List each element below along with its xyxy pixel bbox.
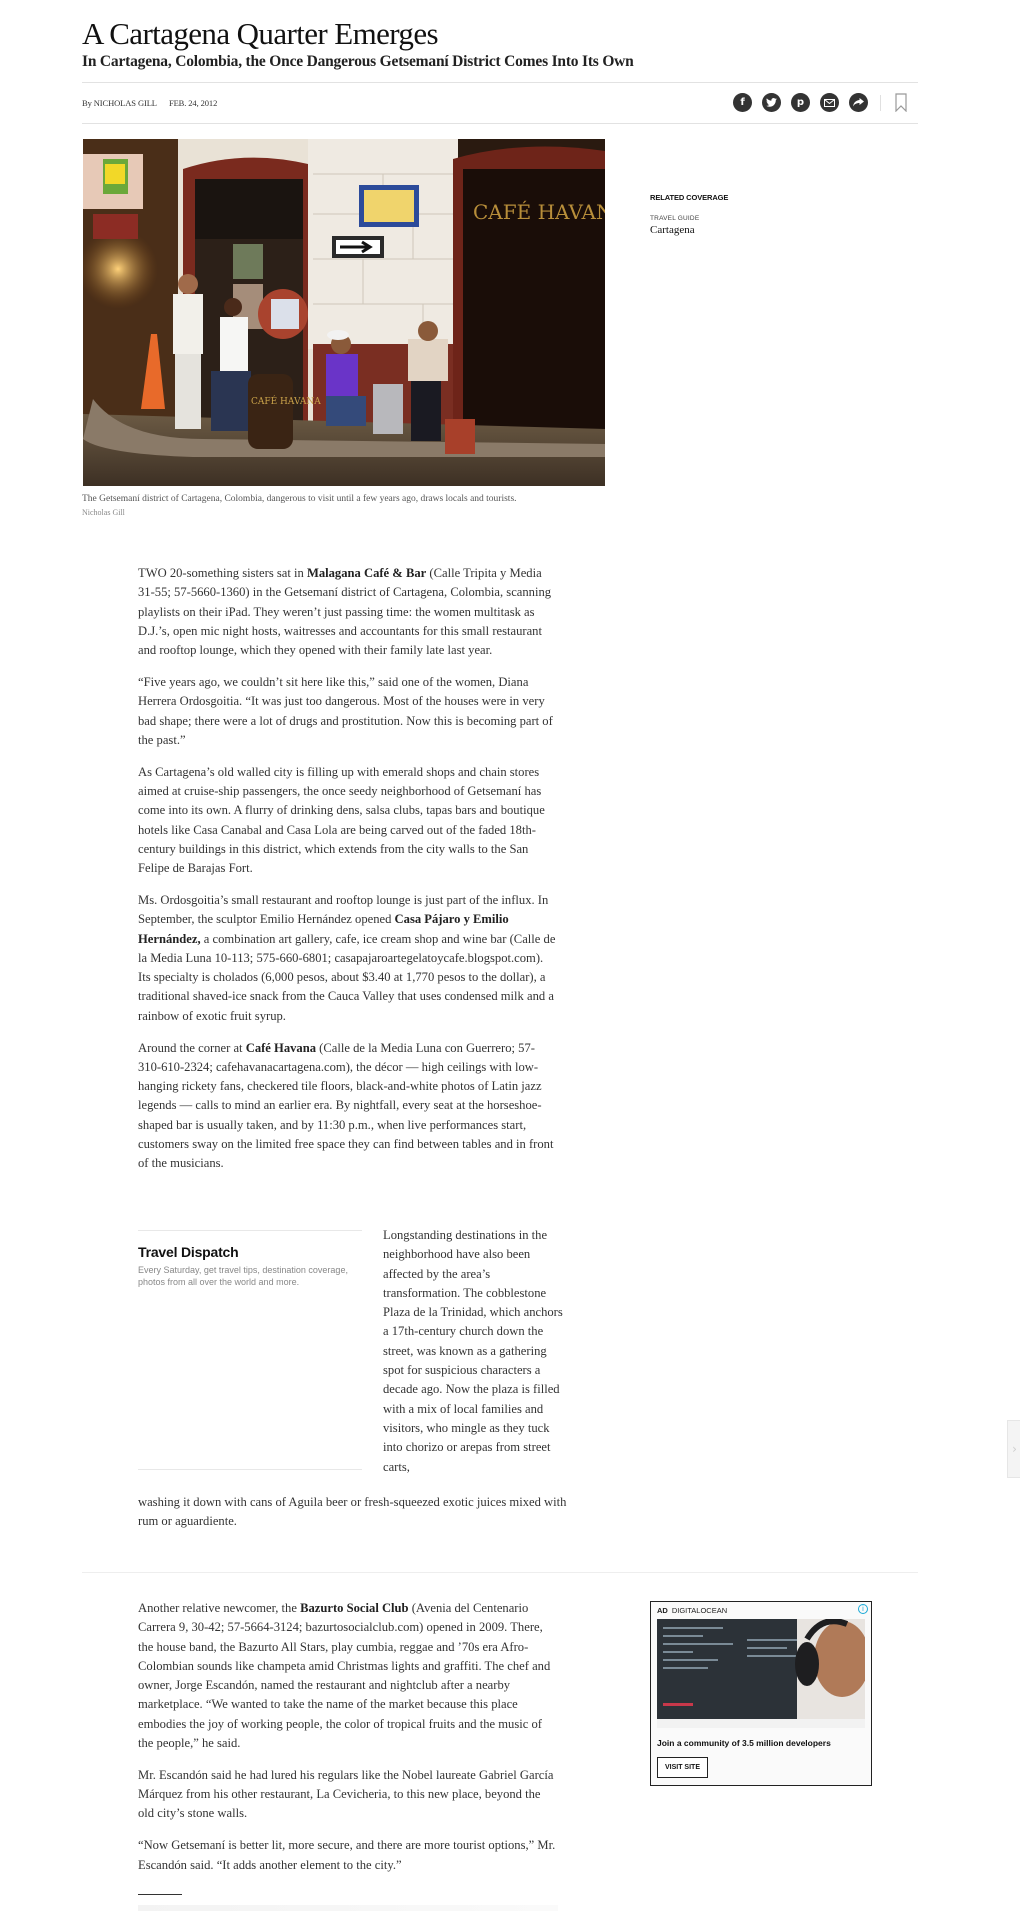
newsletter-title[interactable]: Travel Dispatch [138,1244,362,1260]
ad-advertiser: DIGITALOCEAN [672,1606,727,1615]
venue-name: Malagana Café & Bar [307,566,426,580]
photo-caption: The Getsemaní district of Cartagena, Col… [82,493,542,520]
faded-text [138,1905,558,1911]
paragraph: Ms. Ordosgoitia’s small restaurant and r… [138,891,558,1026]
caption-text: The Getsemaní district of Cartagena, Col… [82,494,517,504]
bookmark-icon[interactable] [895,93,907,112]
next-article-arrow-icon[interactable]: › [1007,1420,1020,1478]
paragraph: “Five years ago, we couldn’t sit here li… [138,673,558,750]
ad-headline[interactable]: Join a community of 3.5 million develope… [657,1738,831,1748]
article-body-continued: Another relative newcomer, the Bazurto S… [138,1599,558,1887]
related-coverage: RELATED COVERAGE TRAVEL GUIDE Cartagena [650,193,728,236]
pinterest-icon[interactable]: p [791,93,810,112]
article-subheadline: In Cartagena, Colombia, the Once Dangero… [82,53,634,71]
paragraph: Longstanding destinations in the neighbo… [383,1226,568,1477]
section-divider [82,1572,918,1573]
svg-text:CAFÉ HAVANA: CAFÉ HAVANA [251,395,321,407]
newsletter-description: Every Saturday, get travel tips, destina… [138,1264,348,1288]
related-kicker: TRAVEL GUIDE [650,215,728,222]
venue-name: Café Havana [246,1041,316,1055]
svg-text:CAFÉ HAVANA: CAFÉ HAVANA [473,200,605,224]
related-link-cartagena[interactable]: Cartagena [650,224,728,236]
paragraph: Around the corner at Café Havana (Calle … [138,1039,558,1174]
divider [880,95,881,111]
divider [82,82,918,83]
paragraph: washing it down with cans of Aguila beer… [138,1493,568,1532]
byline: By NICHOLAS GILL FEB. 24, 2012 [82,98,227,108]
share-toolbar: f p [733,93,907,112]
paragraph: “Now Getsemaní is better lit, more secur… [138,1836,558,1875]
author-link[interactable]: By NICHOLAS GILL [82,98,157,108]
newsletter-promo[interactable]: Travel Dispatch Every Saturday, get trav… [138,1230,362,1470]
end-divider [138,1894,182,1895]
paragraph: Another relative newcomer, the Bazurto S… [138,1599,558,1753]
article-body: TWO 20-something sisters sat in Malagana… [138,564,558,1186]
article-headline: A Cartagena Quarter Emerges [82,16,438,52]
article-photo[interactable]: CAFÉ HAVANA CAFÉ HAVANA [83,139,605,486]
ad-info-icon[interactable]: i [858,1604,868,1614]
publish-date: FEB. 24, 2012 [169,98,217,108]
venue-name: Bazurto Social Club [300,1601,408,1615]
street-scene-image: CAFÉ HAVANA CAFÉ HAVANA [83,139,605,486]
paragraph: Mr. Escandón said he had lured his regul… [138,1766,558,1824]
paragraph: As Cartagena’s old walled city is fillin… [138,763,558,879]
share-icon[interactable] [849,93,868,112]
divider [82,123,918,124]
ad-label: AD [657,1606,668,1615]
email-icon[interactable] [820,93,839,112]
facebook-icon[interactable]: f [733,93,752,112]
visit-site-button[interactable]: VISIT SITE [657,1757,708,1778]
ad-header: ADDIGITALOCEAN [657,1606,727,1615]
photo-credit: Nicholas Gill [82,508,125,517]
ad-image[interactable] [657,1619,865,1728]
twitter-icon[interactable] [762,93,781,112]
ad-unit[interactable]: ADDIGITALOCEAN i Join a community of 3.5… [650,1601,872,1786]
related-coverage-label: RELATED COVERAGE [650,193,728,202]
paragraph: TWO 20-something sisters sat in Malagana… [138,564,558,660]
